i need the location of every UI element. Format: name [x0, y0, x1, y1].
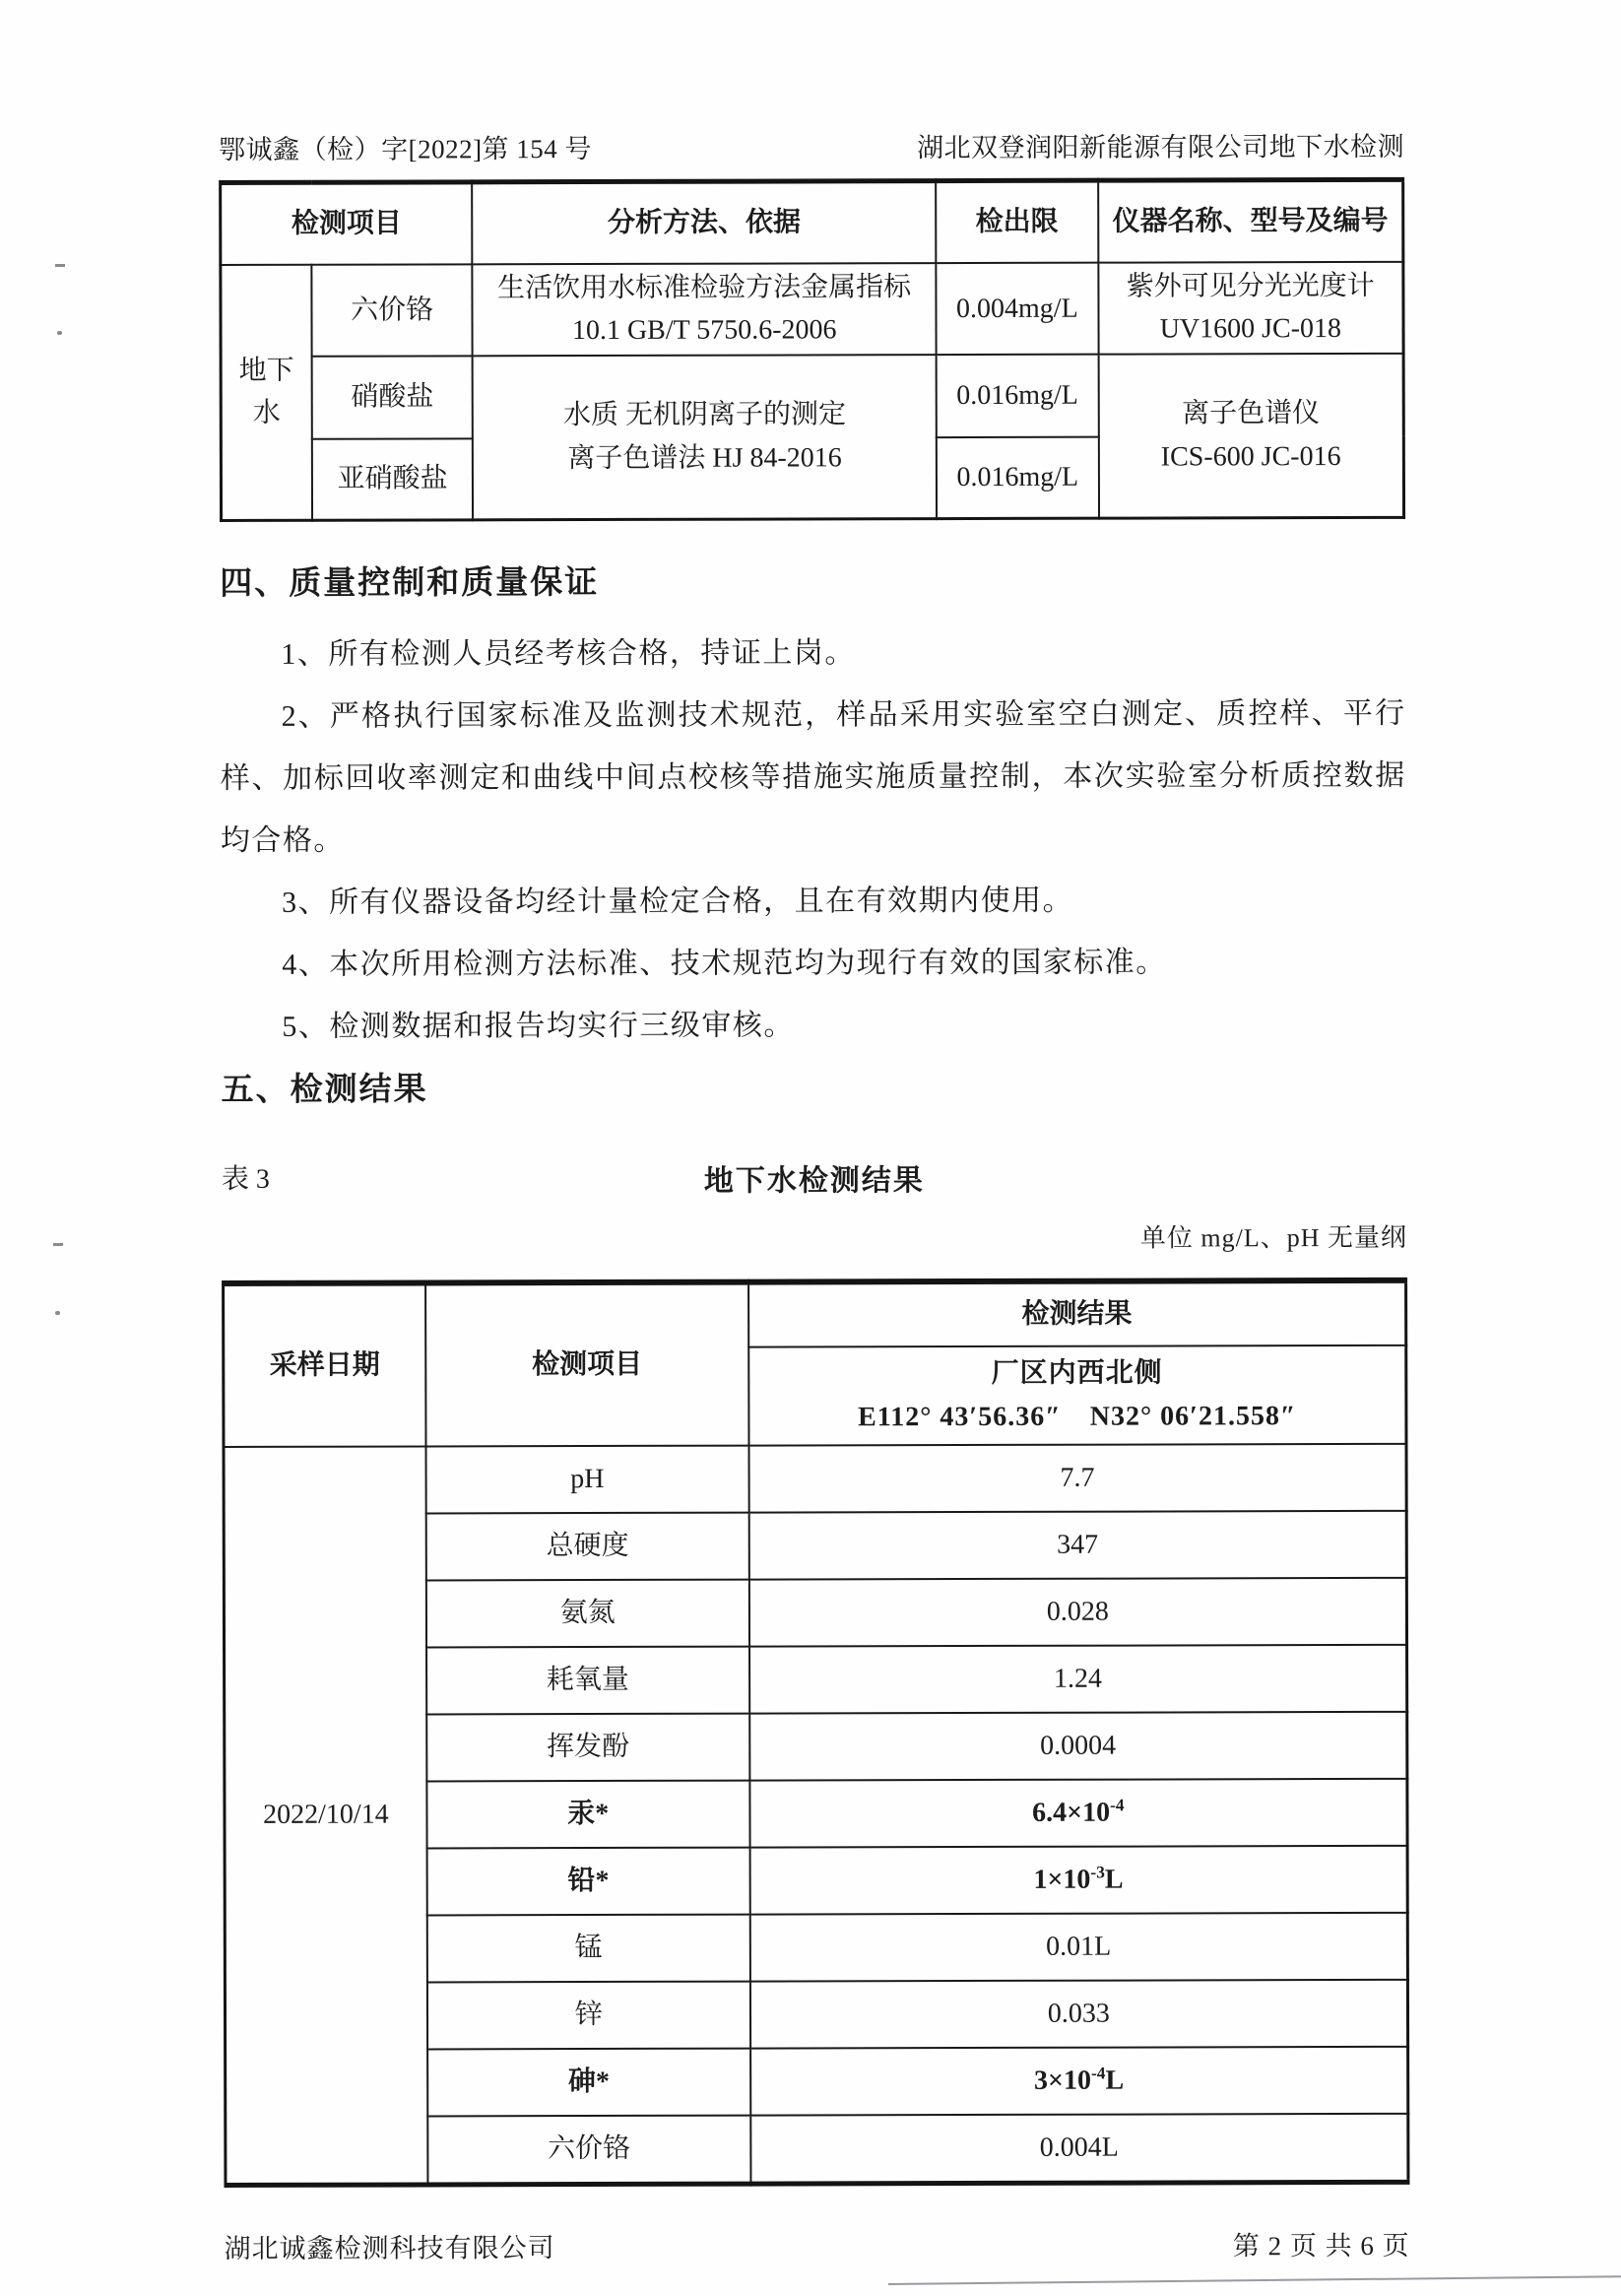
value-suffix: L [1105, 2066, 1124, 2096]
instrument-line: 离子色谱仪 [1182, 398, 1320, 428]
header-sample-date: 采样日期 [224, 1282, 426, 1447]
method-cell-shared: 水质 无机阴离子的测定 离子色谱法 HJ 84-2016 [473, 355, 937, 520]
header-result: 检测结果 [748, 1280, 1406, 1347]
value-cell: 0.01L [749, 1913, 1407, 1982]
footer-company: 湖北诚鑫检测科技有限公司 [225, 2226, 555, 2265]
value-base: 3×10 [1034, 2066, 1091, 2096]
item-cell: pH [425, 1445, 748, 1513]
header-method: 分析方法、依据 [472, 181, 936, 265]
instrument-cell: 紫外可见分光光度计 UV1600 JC-018 [1098, 262, 1403, 355]
sample-type-cell: 地下水 [221, 265, 312, 521]
scan-artifact-dot [55, 1311, 60, 1315]
table3-title: 地下水检测结果 [222, 1154, 1407, 1201]
value-cell: 3×10-4L [750, 2047, 1408, 2116]
page-header: 鄂诚鑫（检）字[2022]第 154 号 湖北双登润阳新能源有限公司地下水检测 [219, 125, 1404, 166]
qa-item-4: 4、本次所用检测方法标准、技术规范均为现行有效的国家标准。 [221, 931, 1406, 996]
item-cell: 六价铬 [311, 264, 473, 356]
header-item: 检测项目 [425, 1281, 748, 1446]
result-row-ph: 2022/10/14 pH 7.7 [224, 1444, 1406, 1514]
method-cell: 生活饮用水标准检验方法金属指标 10.1 GB/T 5750.6-2006 [473, 263, 937, 356]
qa-item-3: 3、所有仪器设备均经计量检定合格，且在有效期内使用。 [221, 869, 1406, 934]
qa-item-1: 1、所有检测人员经考核合格，持证上岗。 [220, 621, 1405, 686]
item-cell: 铅* [426, 1847, 749, 1915]
method-table-header-row: 检测项目 分析方法、依据 检出限 仪器名称、型号及编号 [221, 179, 1403, 265]
method-row-nitrate: 硝酸盐 水质 无机阴离子的测定 离子色谱法 HJ 84-2016 0.016mg… [221, 354, 1403, 439]
value-base: 6.4×10 [1032, 1798, 1110, 1828]
report-title: 湖北双登润阳新能源有限公司地下水检测 [917, 125, 1404, 164]
method-line: 离子色谱法 HJ 84-2016 [567, 442, 842, 474]
value-exponent: -4 [1091, 2064, 1106, 2082]
result-header-row1: 采样日期 检测项目 检测结果 [224, 1280, 1406, 1348]
value-cell: 0.004L [750, 2114, 1408, 2184]
scan-artifact-dash [53, 1243, 63, 1246]
method-line: 生活饮用水标准检验方法金属指标 [497, 272, 911, 303]
qa-list: 1、所有检测人员经考核合格，持证上岗。 2、严格执行国家标准及监测技术规范，样品… [220, 621, 1406, 1058]
page-content: 鄂诚鑫（检）字[2022]第 154 号 湖北双登润阳新能源有限公司地下水检测 … [219, 125, 1410, 2265]
location-coordinates: E112° 43′56.36″ N32° 06′21.558″ [755, 1395, 1398, 1439]
method-row-hexavalent-chromium: 地下水 六价铬 生活饮用水标准检验方法金属指标 10.1 GB/T 5750.6… [221, 262, 1403, 357]
scan-artifact-dot [57, 331, 62, 335]
method-line: 10.1 GB/T 5750.6-2006 [572, 315, 837, 347]
location-name: 厂区内西北侧 [755, 1351, 1398, 1396]
qa-item-5: 5、检测数据和报告均实行三级审核。 [221, 993, 1406, 1058]
value-cell: 6.4×10-4 [749, 1779, 1407, 1848]
method-line: 水质 无机阴离子的测定 [563, 400, 846, 431]
footer-page-info: 第 2 页 共 6 页 [1233, 2224, 1410, 2263]
item-cell: 氨氮 [426, 1579, 749, 1647]
item-cell: 锌 [427, 1981, 750, 2049]
instrument-line: ICS-600 JC-016 [1161, 441, 1341, 472]
value-exponent: -3 [1090, 1863, 1105, 1881]
item-cell: 锰 [427, 1914, 750, 1982]
page-footer: 湖北诚鑫检测科技有限公司 第 2 页 共 6 页 [225, 2224, 1410, 2265]
qa-item-2: 2、严格执行国家标准及监测技术规范，样品采用实验室空白测定、质控样、平行样、加标… [220, 683, 1405, 872]
value-cell: 7.7 [748, 1444, 1406, 1513]
sample-date-cell: 2022/10/14 [224, 1446, 427, 2185]
item-cell: 砷* [427, 2048, 750, 2116]
table3-caption: 表 3 地下水检测结果 [222, 1154, 1407, 1199]
method-table: 检测项目 分析方法、依据 检出限 仪器名称、型号及编号 地下水 六价铬 生活饮用… [219, 177, 1405, 522]
scan-artifact-line [888, 2275, 1621, 2285]
header-location-cell: 厂区内西北侧 E112° 43′56.36″ N32° 06′21.558″ [748, 1345, 1406, 1446]
header-limit: 检出限 [936, 180, 1098, 263]
item-cell: 耗氧量 [426, 1646, 749, 1714]
value-cell: 1.24 [749, 1645, 1407, 1714]
result-table: 采样日期 检测项目 检测结果 厂区内西北侧 E112° 43′56.36″ N3… [222, 1278, 1409, 2188]
limit-cell: 0.016mg/L [937, 436, 1099, 518]
value-cell: 1×10-3L [749, 1846, 1407, 1915]
scanned-report-page: 鄂诚鑫（检）字[2022]第 154 号 湖北双登润阳新能源有限公司地下水检测 … [0, 0, 1621, 2296]
item-cell: 亚硝酸盐 [312, 438, 474, 520]
item-cell: 总硬度 [426, 1512, 749, 1580]
section5-heading: 五、检测结果 [221, 1061, 1406, 1110]
value-base: 1×10 [1033, 1865, 1090, 1895]
limit-cell: 0.004mg/L [936, 263, 1098, 355]
value-cell: 0.033 [750, 1980, 1408, 2049]
header-item: 检测项目 [221, 182, 473, 265]
value-cell: 347 [748, 1511, 1406, 1580]
value-cell: 0.0004 [749, 1712, 1407, 1781]
doc-number: 鄂诚鑫（检）字[2022]第 154 号 [219, 127, 592, 166]
section4-heading: 四、质量控制和质量保证 [220, 555, 1405, 604]
value-exponent: -4 [1110, 1796, 1125, 1814]
scan-artifact-dash [55, 264, 65, 267]
limit-cell: 0.016mg/L [937, 354, 1099, 436]
table3-label: 表 3 [222, 1157, 270, 1197]
item-cell: 六价铬 [427, 2115, 750, 2184]
value-suffix: L [1105, 1865, 1124, 1895]
item-cell: 汞* [426, 1780, 749, 1848]
instrument-cell-shared: 离子色谱仪 ICS-600 JC-016 [1098, 354, 1403, 518]
value-cell: 0.028 [749, 1578, 1407, 1647]
item-cell: 挥发酚 [426, 1713, 749, 1781]
instrument-line: UV1600 JC-018 [1160, 313, 1341, 344]
header-instrument: 仪器名称、型号及编号 [1098, 179, 1403, 262]
instrument-line: 紫外可见分光光度计 [1127, 271, 1375, 302]
unit-note: 单位 mg/L、pH 无量纲 [222, 1217, 1407, 1257]
item-cell: 硝酸盐 [312, 356, 474, 438]
